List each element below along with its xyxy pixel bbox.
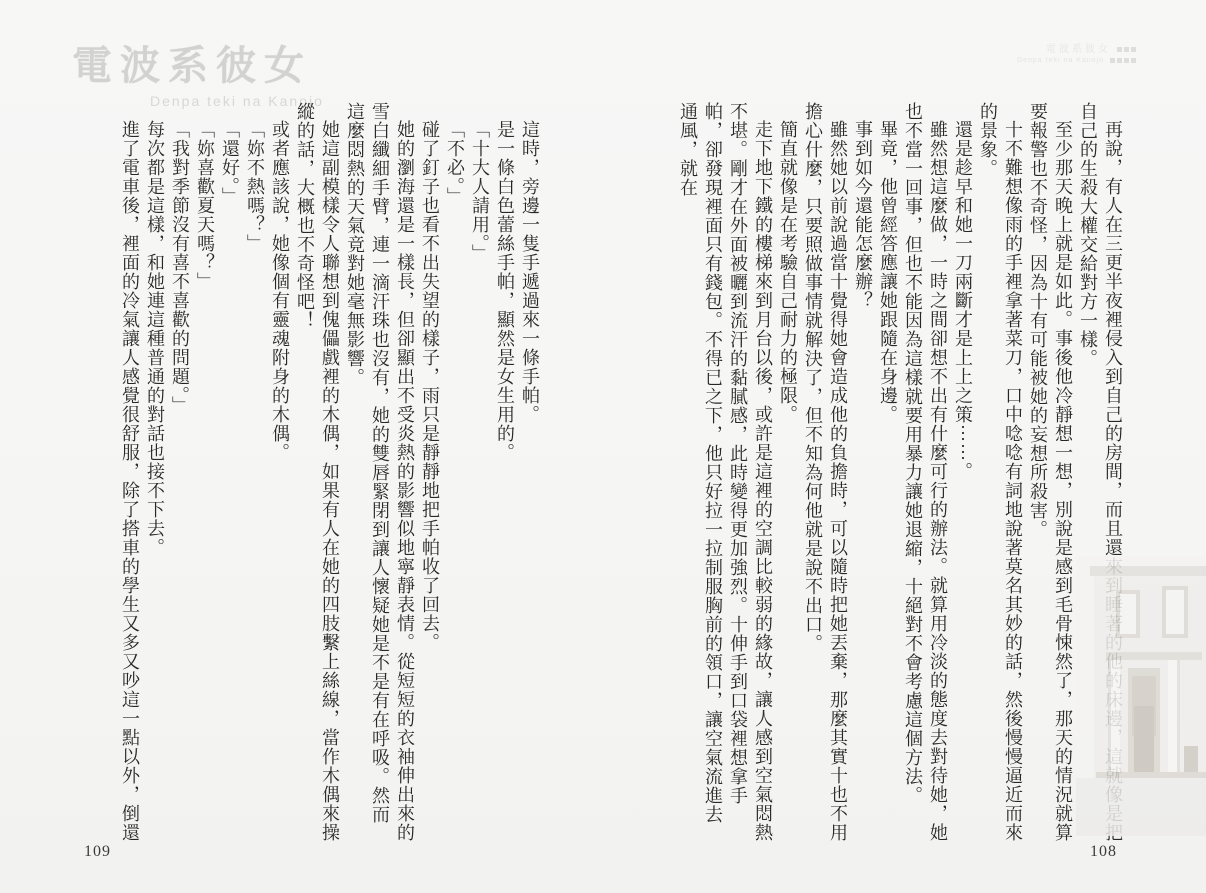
paragraph: 十不難想像雨的手裡拿著菜刀，口中唸唸有詞地說著莫名其妙的話，然後慢慢逼近而來的景… bbox=[975, 102, 1025, 842]
book-spread: 電波系彼女 Denpa teki na Kanojo 電波系彼女 Denpa t… bbox=[0, 0, 1206, 893]
running-head-subtitle: Denpa teki na Kanojo bbox=[1017, 55, 1104, 66]
paragraph: 「還好。」 bbox=[217, 102, 242, 842]
paragraph: 碰了釘子也看不出失望的樣子，雨只是靜靜地把手帕收了回去。 bbox=[417, 102, 442, 842]
paragraph: 走下地下鐵的樓梯來到月台以後，或許是這裡的空調比較弱的緣故，讓人感到空氣悶熱不堪… bbox=[675, 102, 775, 842]
paragraph: 是一條白色蕾絲手帕，顯然是女生用的。 bbox=[492, 102, 517, 842]
paragraph: 或者應該說，她像個有靈魂附身的木偶。 bbox=[267, 102, 292, 842]
series-logo: 電波系彼女 Denpa teki na Kanojo bbox=[72, 34, 324, 109]
page-number-108: 108 bbox=[1090, 843, 1117, 861]
series-logo-title: 電波系彼女 bbox=[72, 34, 324, 91]
paragraph: 「我對季節沒有喜不喜歡的問題。」 bbox=[167, 102, 192, 842]
paragraph: 事到如今還能怎麼辦？ bbox=[850, 102, 875, 842]
paragraph: 進了電車後，裡面的冷氣讓人感覺很舒服，除了搭車的學生又多又吵這一點以外，倒還 bbox=[117, 102, 142, 842]
paragraph: 她的瀏海還是一樣長，但卻顯出不受炎熱的影響似地寧靜表情。從短短的衣袖伸出來的雪白… bbox=[342, 102, 417, 842]
paragraph: 她這副模樣令人聯想到傀儡戲裡的木偶，如果有人在她的四肢繫上絲線，當作木偶來操縱的… bbox=[292, 102, 342, 842]
running-head: 電波系彼女 Denpa teki na Kanojo bbox=[1017, 44, 1136, 66]
page-109-body-text: 這時，旁邊一隻手遞過來一條手帕。 是一條白色蕾絲手帕，顯然是女生用的。 「十大人… bbox=[74, 102, 542, 842]
background-building-image bbox=[1076, 556, 1206, 836]
page-number-109: 109 bbox=[84, 843, 111, 861]
paragraph: 還是趁早和她一刀兩斷才是上上之策⋯⋯。 bbox=[950, 102, 975, 842]
decorative-squares-icon bbox=[1110, 58, 1136, 63]
paragraph: 雖然她以前說過當十覺得她會造成他的負擔時，可以隨時把她丟棄，那麼其實十也不用擔心… bbox=[800, 102, 850, 842]
paragraph: 「妳不熱嗎？」 bbox=[242, 102, 267, 842]
paragraph: 雖然想這麼做，一時之間卻想不出有什麼可行的辦法。就算用冷淡的態度去對待她，她也不… bbox=[900, 102, 950, 842]
running-head-title: 電波系彼女 bbox=[1046, 44, 1111, 55]
page-108-body-text: 再說，有人在三更半夜裡侵入到自己的房間，而且還來到睡著的他的床邊，這就像是把自己… bbox=[683, 102, 1125, 842]
paragraph: 「十大人請用。」 bbox=[467, 102, 492, 842]
paragraph: 這時，旁邊一隻手遞過來一條手帕。 bbox=[517, 102, 542, 842]
paragraph: 畢竟，他曾經答應讓她跟隨在身邊。 bbox=[875, 102, 900, 842]
paragraph: 「不必。」 bbox=[442, 102, 467, 842]
paragraph: 至少那天晚上就是如此。事後他冷靜想一想，別說是感到毛骨悚然了，那天的情況就算要報… bbox=[1025, 102, 1075, 842]
paragraph: 簡直就像是在考驗自己耐力的極限。 bbox=[775, 102, 800, 842]
paragraph: 「妳喜歡夏天嗎？」 bbox=[192, 102, 217, 842]
decorative-squares-icon bbox=[1117, 47, 1136, 52]
paragraph: 每次都是這樣，和她連這種普通的對話也接不下去。 bbox=[142, 102, 167, 842]
